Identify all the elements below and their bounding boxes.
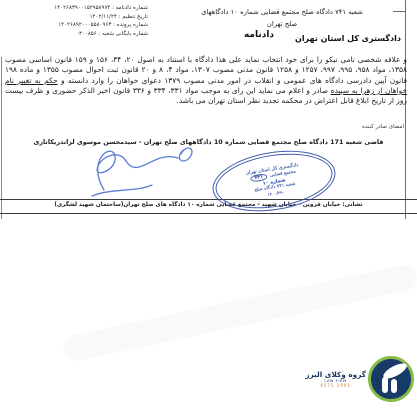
case-number: شماره پرونده : ۱۴۰۲۶۸۹۲۰۰۰۵۵۸۰۹۶۳ xyxy=(14,21,148,30)
law-firm-watermark: گروه وکلای البرز - LAW FIRM - 6575 2991 xyxy=(305,356,414,402)
law-firm-logo-icon xyxy=(368,356,414,402)
branch-title-line2: صلح تهران xyxy=(168,18,396,30)
branch-archive-number: شماره بایگانی شعبه : ۰۳۰۰۸۵۶ xyxy=(14,30,148,39)
scan-smudge xyxy=(61,263,417,363)
branch-title-line1: شعبه ۷۴۱ دادگاه صلح مجتمع قضایی شماره ۱۰… xyxy=(168,6,396,18)
judgment-number: شماره دادنامه : ۱۴۰۲۶۸۳۹۰۰۱۵۲۹۵۸۹۷۴ xyxy=(14,4,148,13)
law-firm-digits: 6575 2991 xyxy=(305,383,366,388)
justice-department-title: دادگستری کل استان تهران xyxy=(295,34,401,43)
court-judgment-document: شماره دادنامه : ۱۴۰۲۶۸۳۹۰۰۱۵۲۹۵۸۹۷۴ تاری… xyxy=(0,0,417,408)
branch-title: شعبه ۷۴۱ دادگاه صلح مجتمع قضایی شماره ۱۰… xyxy=(168,6,396,30)
judgment-text-part1: و علاقه شخصی نامی نیکو را برای خود انتخا… xyxy=(5,55,407,85)
page-frame-right-line xyxy=(405,0,406,219)
issuer-signature-label: امضای صادر کننده xyxy=(362,124,404,130)
issue-date: تاریخ تنظیم : ۱۴۰۲/۱۱/۲۴ xyxy=(14,13,148,22)
law-firm-name: گروه وکلای البرز xyxy=(305,370,366,379)
footer-rule-bottom xyxy=(0,213,417,214)
judgment-body-paragraph: و علاقه شخصی نامی نیکو را برای خود انتخا… xyxy=(5,55,407,106)
header-meta-block: شماره دادنامه : ۱۴۰۲۶۸۳۹۰۰۱۵۲۹۵۸۹۷۴ تاری… xyxy=(14,4,148,38)
stamp-line-code: ۱۴۰۰/۳۹۰ xyxy=(267,189,285,197)
handwritten-signature xyxy=(82,138,212,208)
